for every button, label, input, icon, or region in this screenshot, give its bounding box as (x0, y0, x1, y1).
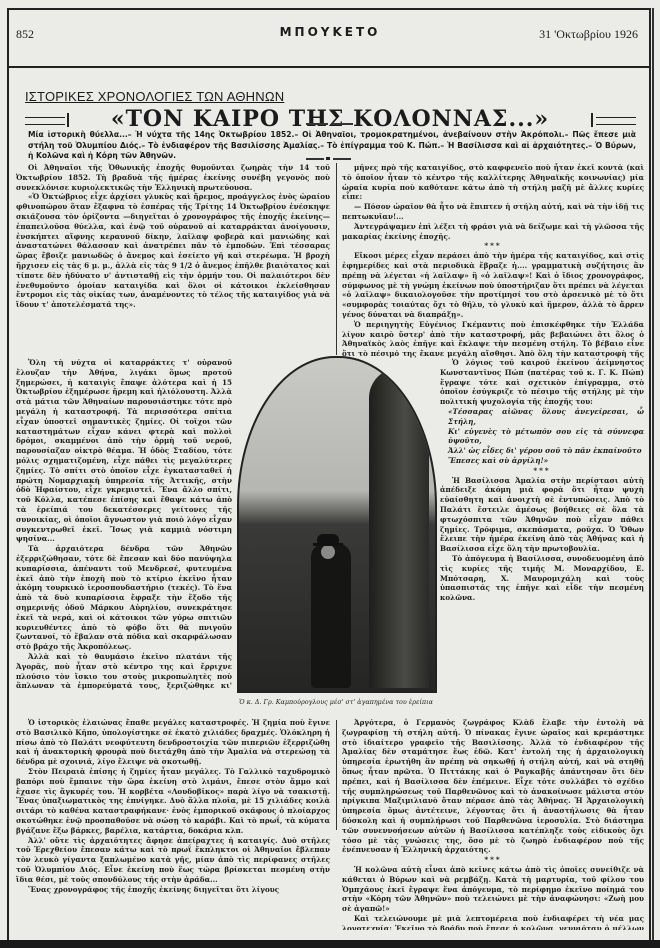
article-summary: Μία ἱστορικὴ θύελλα...– Ἡ νύχτα τῆς 14ης… (28, 130, 636, 162)
paragraph: Ἀντεγράψαμεν ἐπὶ λέξει τὴ φράσι γιὰ νὰ δ… (342, 222, 644, 242)
paragraph: Ὁ ἱστορικὸς ἐλαιώνας ἔπαθε μεγάλες κατασ… (16, 718, 330, 767)
photo-caption: Ὁ κ. Δ. Γρ. Καμπούρογλους μέσ' στ' ἀγαπη… (236, 698, 436, 707)
paragraph: Ὅλη τὴ νύχτα οἱ καταρράκτες τ' οὐρανοῦ ἔ… (16, 358, 232, 544)
verse-line: «Τέσσαρας αἰῶνας ὅλους ἀνεγείρεσαι, ὦ Στ… (440, 407, 644, 427)
paragraph: «Ὁ Ὀκτώβριος εἶχε ἀρχίσει γλυκὺς καὶ ἤρε… (16, 192, 330, 310)
photo-man-figure (311, 543, 351, 688)
left-column-bottom: Ὁ ἱστορικὸς ἐλαιώνας ἔπαθε μεγάλες κατασ… (16, 718, 330, 930)
column-divider-bottom (336, 720, 337, 830)
paragraph: Καὶ τελειώνουμε μὲ μιὰ λεπτομέρεια ποὺ ἐ… (342, 914, 644, 930)
verse-line: Ἔπεσες καὶ σὺ ἀργίλη!» (440, 456, 644, 466)
verse-line: Ἀλλ' ὡς εἶδες δι' γέρου σοῦ τὸ πᾶν ἐκπαί… (440, 446, 644, 456)
verse-line: Κι' εὐγενὲς τὸ μέτωπόν σου εἰς τὰ σύννεφ… (440, 427, 644, 447)
page-bottom-edge (0, 940, 660, 948)
section-kicker: ΙΣΤΟΡΙΚΕΣ ΧΡΟΝΟΛΟΓΙΕΣ ΤΩΝ ΑΘΗΝΩΝ (25, 89, 284, 104)
paragraph: μῆνες πρὸ τῆς καταιγίδος, στὸ καφφενεῖο … (342, 163, 644, 202)
newspaper-page: 852 ΜΠΟΥΚΕΤΟ 31 'Οκτωβρίου 1926 ΙΣΤΟΡΙΚΕ… (0, 0, 660, 948)
photo-man-hat-brim (313, 543, 343, 546)
paragraph: Ἡ Βασίλισσα Ἀμαλία στὴν περίστασι αὐτὴ ἀ… (440, 476, 644, 554)
paragraph: Στὸν Πειραιὰ ἐπίσης ἡ ζημίες ἦταν μεγάλε… (16, 767, 330, 836)
paragraph: Ἡ κολῶνα αὐτὴ εἶναι ἀπὸ κεῖνες κάτω ἀπὸ … (342, 865, 644, 914)
paragraph: — Πόσον ὡραῖον θὰ ἦτο νὰ ἔπιπτεν ἡ στήλη… (342, 202, 644, 222)
paragraph: Ἀργότερα, ὁ Γερμανὸς ζωγράφος Κλὰδ ἔλαβε… (342, 718, 644, 855)
article-title: «ΤΟΝ ΚΑΙΡΟ ΤΗΣ ΚΟΛΟΝΝΑΣ...» (0, 106, 660, 132)
left-column-beside-photo: Ὅλη τὴ νύχτα οἱ καταρράκτες τ' οὐρανοῦ ἔ… (16, 358, 232, 690)
left-column-top: Οἱ Ἀθηναῖοι τῆς Ὀθωνικῆς ἐποχῆς θυμοῦντα… (16, 163, 330, 359)
title-ornament-right (596, 117, 636, 125)
summary-dash-right (333, 158, 351, 160)
section-break: *** (342, 241, 644, 251)
summary-text: Μία ἱστορικὴ θύελλα...– Ἡ νύχτα τῆς 14ης… (28, 130, 636, 162)
title-dash-right (331, 123, 353, 125)
paragraph: Τὰ ἀρχαιότερα δένδρα τῶν Ἀθηνῶν ἐξερριζώ… (16, 544, 232, 652)
issue-date: 31 'Οκτωβρίου 1926 (539, 27, 638, 42)
page-frame-right-rule (652, 8, 654, 940)
article-photo (237, 356, 437, 693)
title-ornament-right-bar (591, 113, 593, 127)
photo-man-head (321, 545, 335, 559)
right-column-beside-photo: Ὁ λόγιος τοῦ καιροῦ ἐκείνου ἀείμνηστος Κ… (440, 358, 644, 690)
right-column-bottom: Ἀργότερα, ὁ Γερμανὸς ζωγράφος Κλὰδ ἔλαβε… (342, 718, 644, 930)
paragraph: Τὸ ἀπόγευμα ἡ Βασίλισσα, συνοδευομένη ἀπ… (440, 554, 644, 603)
section-break: *** (342, 855, 644, 865)
section-break: *** (440, 466, 644, 476)
paragraph: Ὁ περιηγητὴς Εὐγένιος Γκέμαντις ποὺ ἐπισ… (342, 320, 644, 359)
title-dash-left (306, 123, 328, 125)
paragraph: Ἀλλ' οὔτε τὶς ἀρχαιότητες ἄφησε ἀπείραχτ… (16, 836, 330, 885)
paragraph: Ἀλλὰ καὶ τὸ θαυμάσιο ἐκεῖνο πλατάνι τῆς … (16, 652, 232, 690)
summary-dash-left (306, 158, 324, 160)
photo-column-ruin (369, 368, 429, 688)
paragraph: Ὁ λόγιος τοῦ καιροῦ ἐκείνου ἀείμνηστος Κ… (440, 358, 644, 407)
summary-dash-dot (326, 157, 330, 160)
right-column-top: μῆνες πρὸ τῆς καταιγίδος, στὸ καφφενεῖο … (342, 163, 644, 359)
paragraph: Εἴκοσι μέρες εἶχαν περάσει ἀπὸ τὴν ἡμέρα… (342, 251, 644, 320)
header-rule (9, 66, 650, 68)
paragraph: Ἕνας χρονογράφος τῆς ἐποχῆς ἐκείνης διηγ… (16, 885, 330, 895)
paragraph: Οἱ Ἀθηναῖοι τῆς Ὀθωνικῆς ἐποχῆς θυμοῦντα… (16, 163, 330, 192)
column-divider-top (336, 163, 337, 355)
